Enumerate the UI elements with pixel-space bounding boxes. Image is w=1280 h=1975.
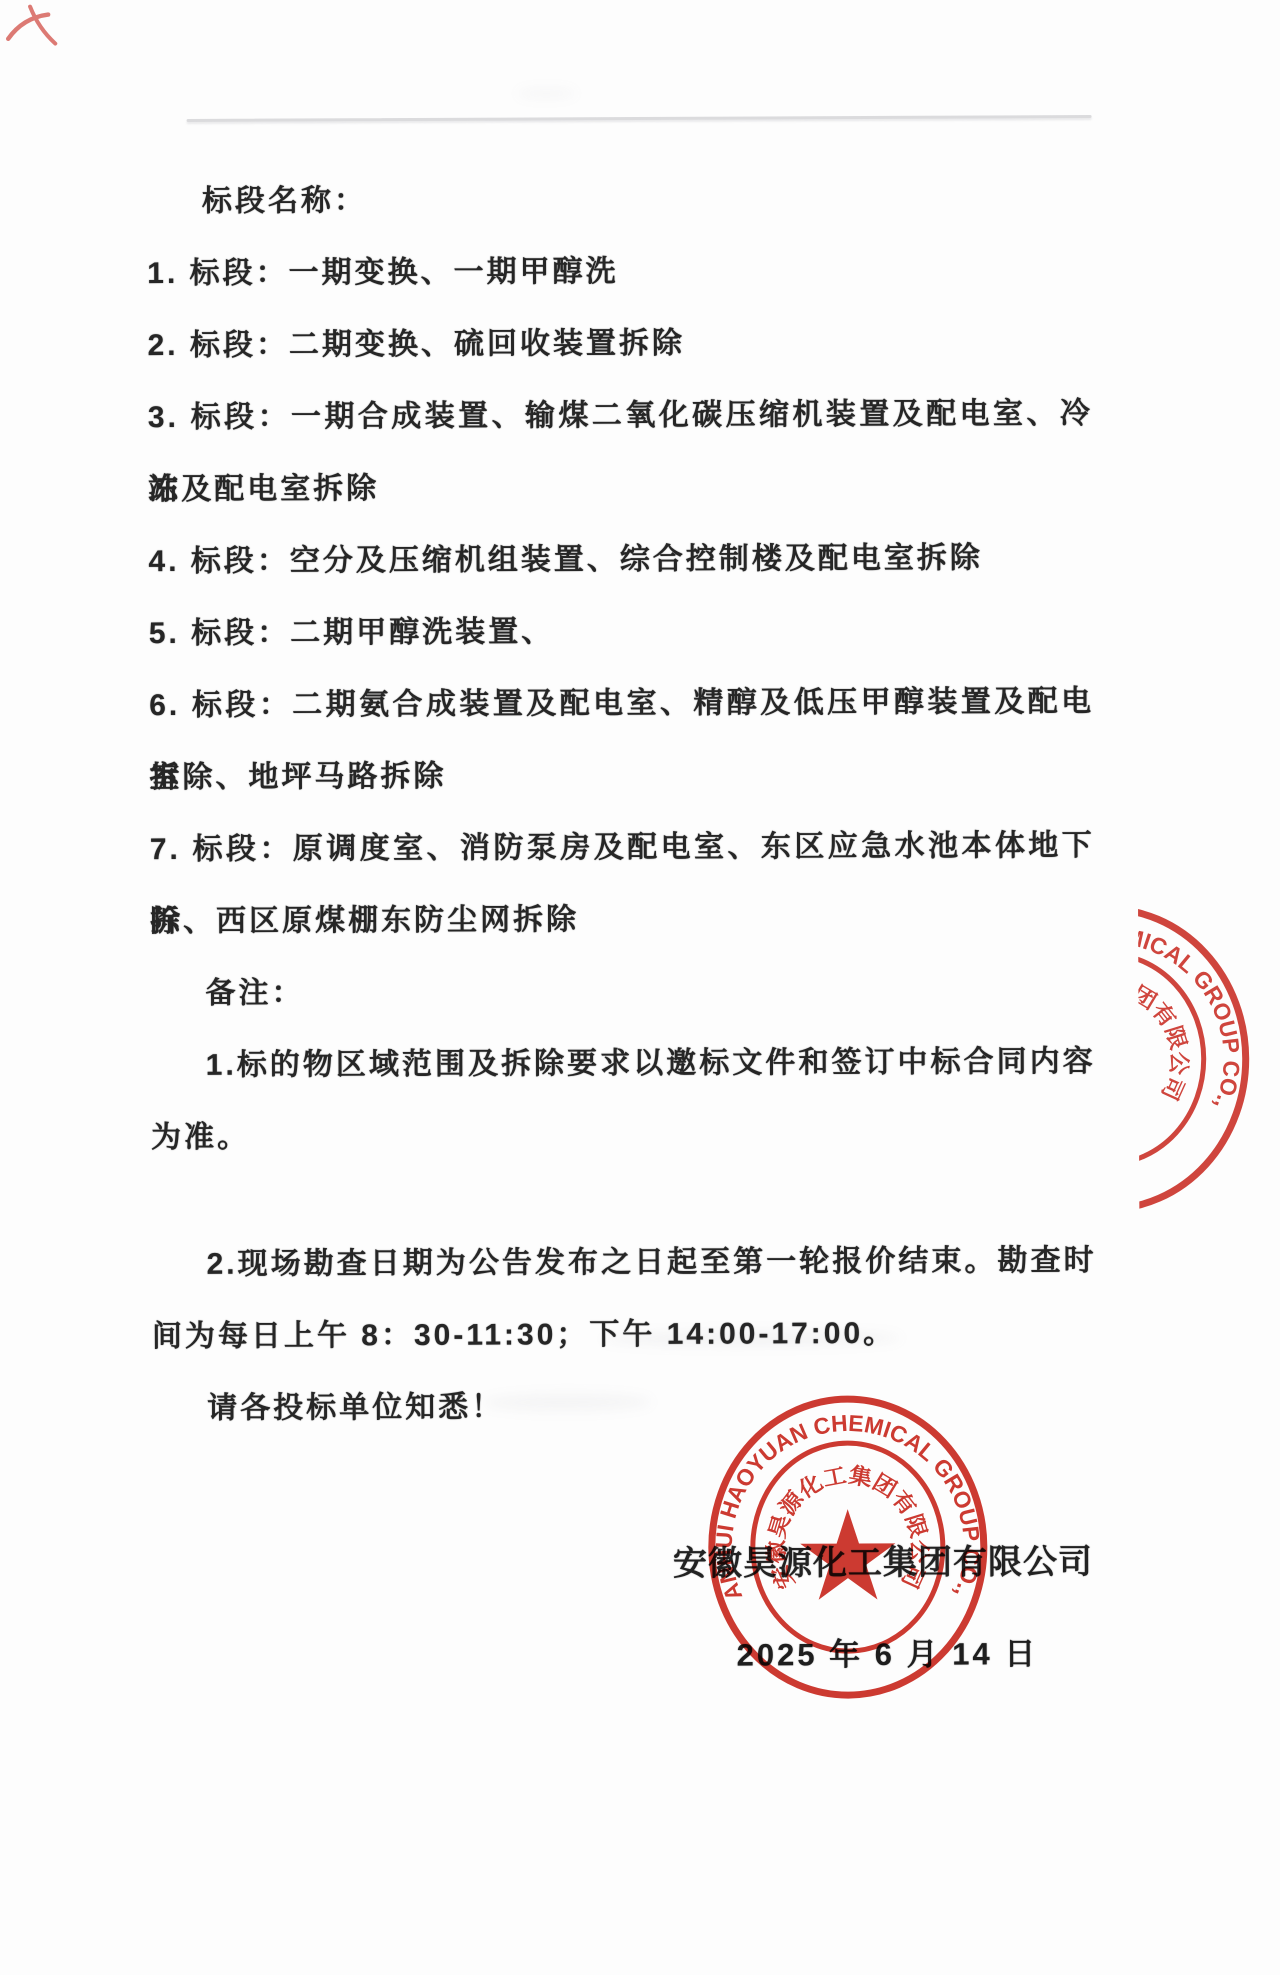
remark-2-line-b: 间为每日上午 8：30-11:30；下午 14:00-17:00。 bbox=[152, 1297, 1097, 1373]
seal-star-icon bbox=[800, 1509, 896, 1600]
lots-title-line: 标段名称： bbox=[202, 162, 1092, 238]
partial-company-seal: ANHUI HAOYUAN CHEMICAL GROUP CO.,LTD 安徽昊… bbox=[937, 878, 1279, 1239]
lot-4-line: 4. 标段：空分及压缩机组装置、综合控制楼及配电室拆除 bbox=[148, 522, 1093, 598]
svg-text:安徽昊源化工集团有限公司: 安徽昊源化工集团有限公司 bbox=[1023, 974, 1193, 1105]
lot-3-line-b: 站及配电室拆除 bbox=[148, 450, 1093, 526]
lot-6-line-a: 6. 标段：二期氨合成装置及配电室、精醇及低压甲醇装置及配电室 bbox=[149, 666, 1094, 742]
lot-7-line-a: 7. 标段：原调度室、消防泵房及配电室、东区应急水池本体地下拆 bbox=[150, 810, 1095, 886]
scan-smudge bbox=[516, 88, 576, 98]
lot-1-line: 1. 标段：一期变换、一期甲醇洗 bbox=[147, 234, 1092, 310]
partial-seal-inner-text: 安徽昊源化工集团有限公司 bbox=[1023, 974, 1193, 1105]
lot-3-line-a: 3. 标段：一期合成装置、输煤二氧化碳压缩机装置及配电室、冷冻 bbox=[148, 378, 1093, 454]
scan-divider-line bbox=[187, 115, 1092, 122]
document-text: 标段名称： 1. 标段：一期变换、一期甲醇洗 2. 标段：二期变换、硫回收装置拆… bbox=[147, 162, 1098, 1445]
company-seal: ANHUI HAOYUAN CHEMICAL GROUP CO.,LTD 安徽昊… bbox=[677, 1371, 1019, 1722]
lot-5-line: 5. 标段：二期甲醇洗装置、 bbox=[149, 594, 1094, 670]
document-sheet: 标段名称： 1. 标段：一期变换、一期甲醇洗 2. 标段：二期变换、硫回收装置拆… bbox=[0, 0, 1280, 1975]
red-pen-marks bbox=[0, 2, 70, 57]
scanned-document-page: 标段名称： 1. 标段：一期变换、一期甲醇洗 2. 标段：二期变换、硫回收装置拆… bbox=[0, 0, 1280, 1975]
lot-2-line: 2. 标段：二期变换、硫回收装置拆除 bbox=[147, 306, 1092, 382]
lot-6-line-b: 拆除、地坪马路拆除 bbox=[149, 738, 1094, 814]
